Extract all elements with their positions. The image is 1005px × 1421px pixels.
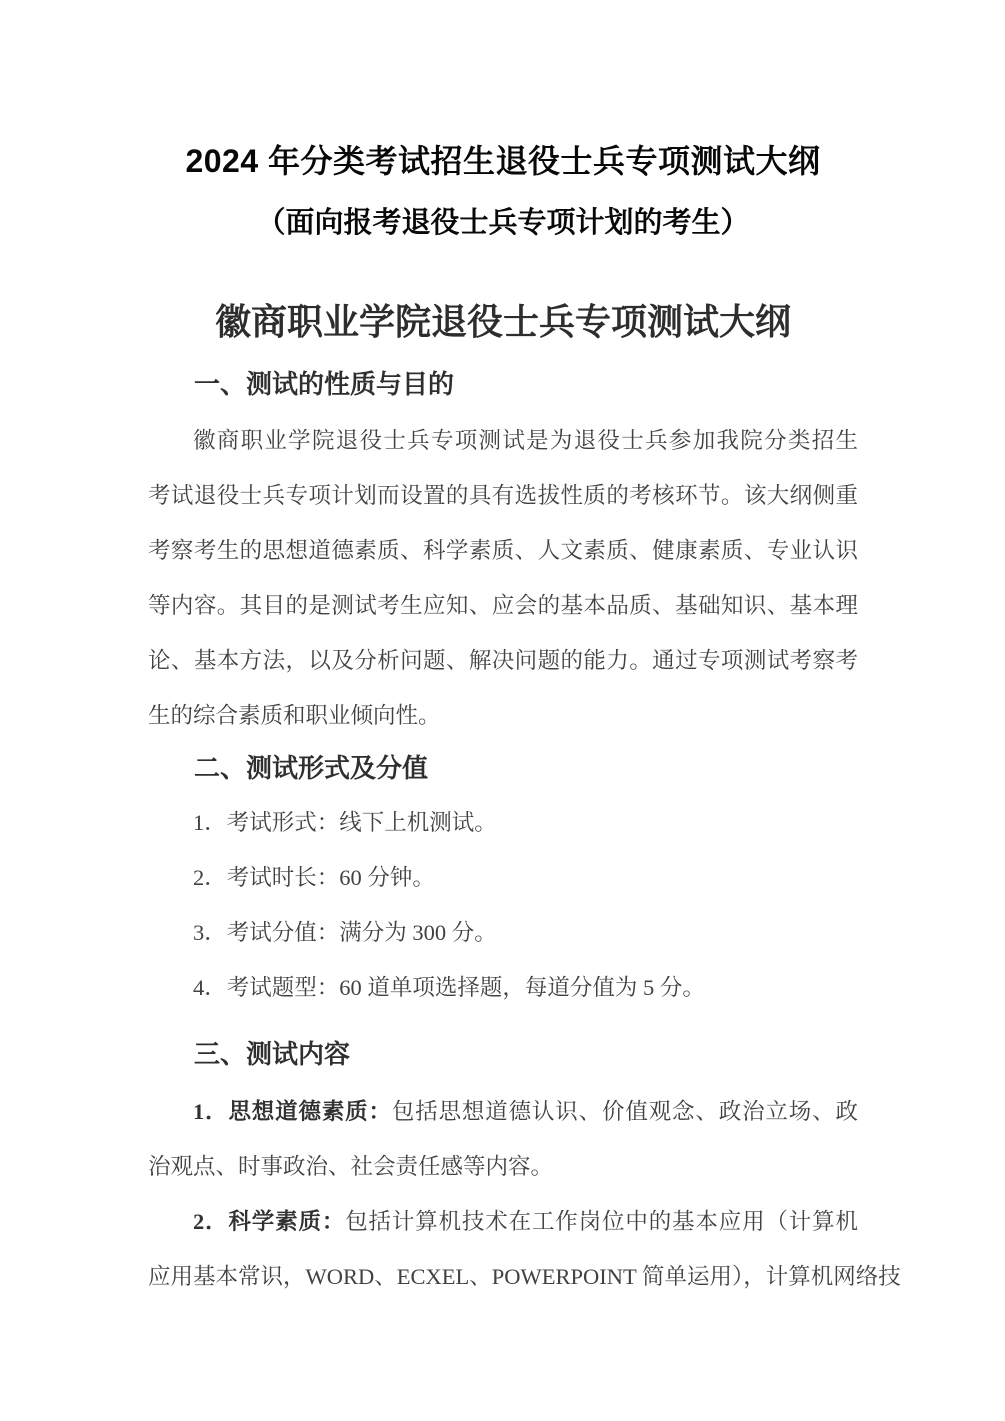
- content-item-line: 应用基本常识，WORD、ECXEL、POWERPOINT 简单运用），计算机网络…: [148, 1249, 858, 1304]
- document-page: 2024 年分类考试招生退役士兵专项测试大纲 （面向报考退役士兵专项计划的考生）…: [0, 0, 1005, 1421]
- section-2-list: 1．考试形式：线下上机测试。 2．考试时长：60 分钟。 3．考试分值：满分为 …: [148, 795, 858, 1015]
- paragraph-line: 生的综合素质和职业倾向性。: [148, 688, 858, 743]
- list-item: 3．考试分值：满分为 300 分。: [148, 905, 858, 960]
- paragraph-line: 等内容。其目的是测试考生应知、应会的基本品质、基础知识、基本理: [148, 578, 858, 633]
- content-item-line: 1．思想道德素质：包括思想道德认识、价值观念、政治立场、政: [148, 1084, 858, 1139]
- paragraph-line: 考试退役士兵专项计划而设置的具有选拔性质的考核环节。该大纲侧重: [148, 468, 858, 523]
- section-1-heading: 一、测试的性质与目的: [148, 365, 858, 403]
- section-2-heading: 二、测试形式及分值: [148, 749, 858, 787]
- list-item: 2．考试时长：60 分钟。: [148, 850, 858, 905]
- paragraph-line: 徽商职业学院退役士兵专项测试是为退役士兵参加我院分类招生: [148, 413, 858, 468]
- section-3-heading: 三、测试内容: [148, 1035, 858, 1073]
- content-item-label: 1．思想道德素质：: [193, 1099, 392, 1124]
- content-item-text: 包括计算机技术在工作岗位中的基本应用（计算机: [345, 1209, 858, 1234]
- content-item-text: 包括思想道德认识、价值观念、政治立场、政: [392, 1099, 858, 1124]
- sub-title: （面向报考退役士兵专项计划的考生）: [148, 203, 858, 243]
- list-item: 4．考试题型：60 道单项选择题，每道分值为 5 分。: [148, 960, 858, 1015]
- paragraph-line: 论、基本方法，以及分析问题、解决问题的能力。通过专项测试考察考: [148, 633, 858, 688]
- content-item: 2．科学素质：包括计算机技术在工作岗位中的基本应用（计算机 应用基本常识，WOR…: [148, 1194, 858, 1304]
- list-item: 1．考试形式：线下上机测试。: [148, 795, 858, 850]
- paragraph-line: 考察考生的思想道德素质、科学素质、人文素质、健康素质、专业认识: [148, 523, 858, 578]
- main-title: 2024 年分类考试招生退役士兵专项测试大纲: [148, 140, 858, 182]
- college-title: 徽商职业学院退役士兵专项测试大纲: [148, 298, 858, 346]
- content-item-line: 2．科学素质：包括计算机技术在工作岗位中的基本应用（计算机: [148, 1194, 858, 1249]
- content-item-line: 治观点、时事政治、社会责任感等内容。: [148, 1139, 858, 1194]
- section-1-paragraph: 徽商职业学院退役士兵专项测试是为退役士兵参加我院分类招生 考试退役士兵专项计划而…: [148, 413, 858, 743]
- content-item: 1．思想道德素质：包括思想道德认识、价值观念、政治立场、政 治观点、时事政治、社…: [148, 1084, 858, 1194]
- document-content: 2024 年分类考试招生退役士兵专项测试大纲 （面向报考退役士兵专项计划的考生）…: [0, 140, 1005, 1304]
- content-item-label: 2．科学素质：: [193, 1209, 345, 1234]
